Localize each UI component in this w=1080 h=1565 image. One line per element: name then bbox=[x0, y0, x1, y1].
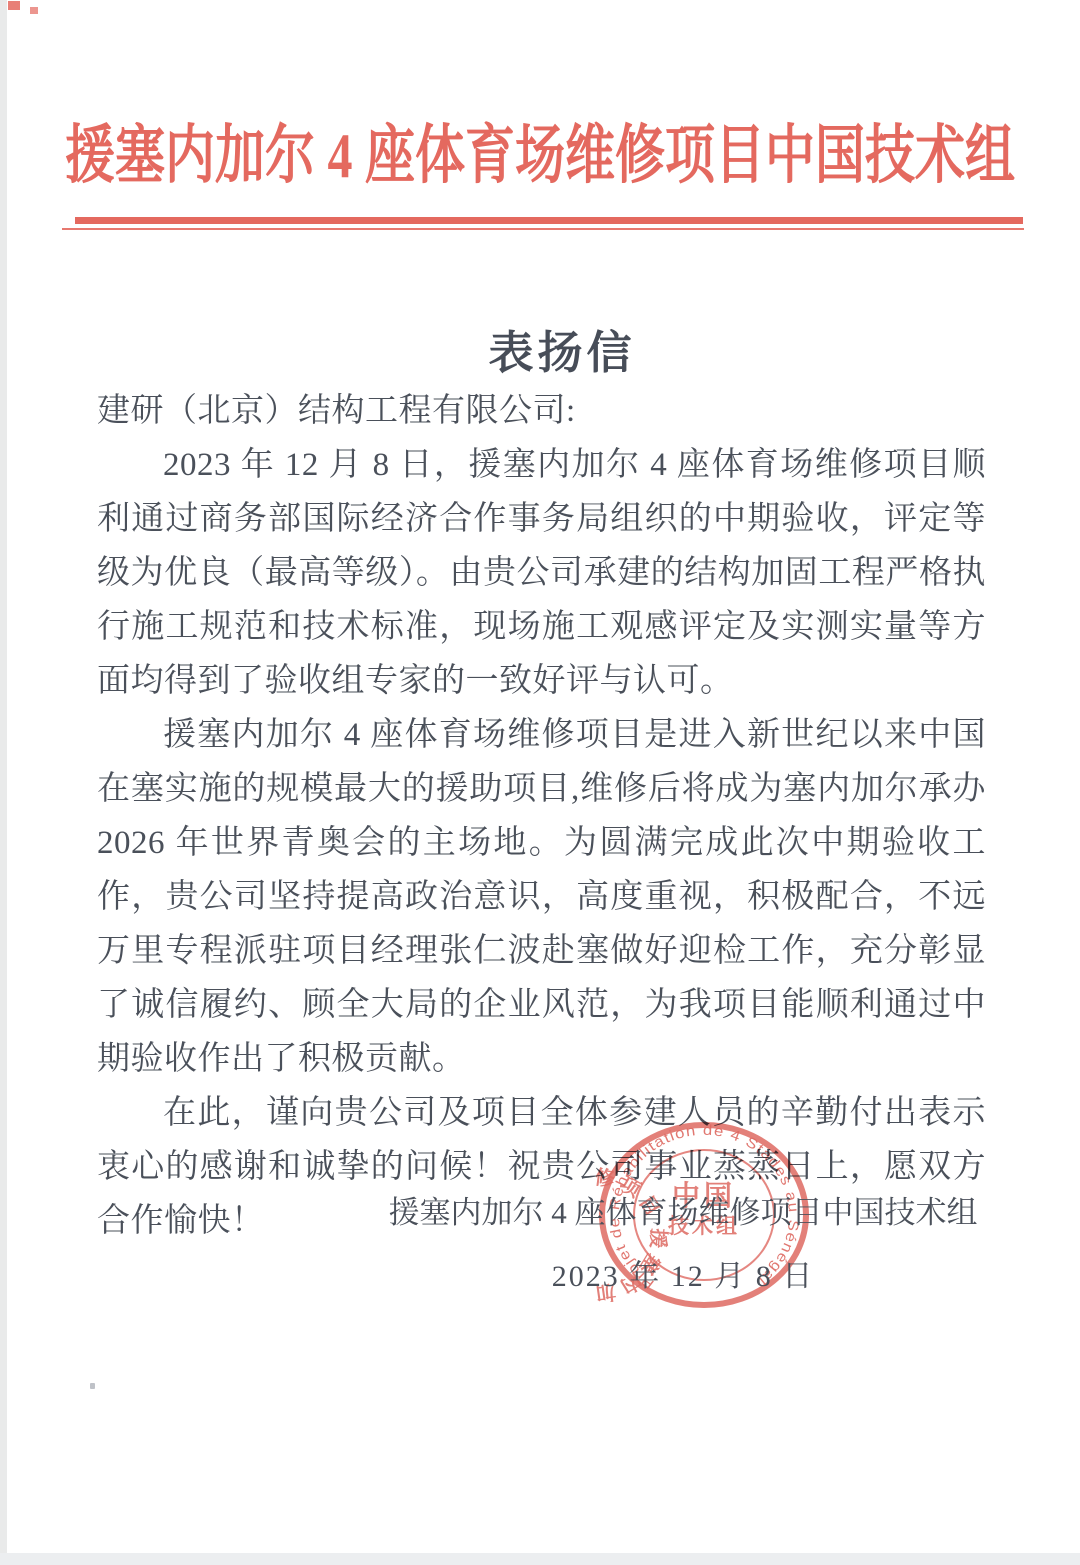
scan-speck bbox=[30, 7, 38, 14]
scan-speck bbox=[8, 1, 20, 10]
paragraphs-container: 2023 年 12 月 8 日，援塞内加尔 4 座体育场维修项目顺利通过商务部国… bbox=[97, 438, 986, 1248]
signature-block: 援塞内加尔 4 座体育场维修项目中国技术组 2023 年 12 月 8 日 bbox=[389, 1186, 978, 1304]
scan-dot bbox=[90, 1383, 95, 1389]
letter-page: 援塞内加尔 4 座体育场维修项目中国技术组 表扬信 建研（北京）结构工程有限公司… bbox=[0, 0, 1080, 1565]
salutation: 建研（北京）结构工程有限公司: bbox=[97, 384, 986, 438]
signature-date: 2023 年 12 月 8 日 bbox=[389, 1250, 978, 1304]
letterhead-rule-thin bbox=[62, 228, 1024, 230]
letter-title: 表扬信 bbox=[0, 316, 1080, 381]
letterhead-rule-thick bbox=[75, 217, 1023, 224]
letterhead-title: 援塞内加尔 4 座体育场维修项目中国技术组 bbox=[0, 104, 1080, 196]
letter-paragraph: 援塞内加尔 4 座体育场维修项目是进入新世纪以来中国在塞实施的规模最大的援助项目… bbox=[97, 708, 986, 1086]
scan-edge-bottom bbox=[0, 1553, 1080, 1565]
scan-edge-left bbox=[0, 0, 7, 1565]
signature-org: 援塞内加尔 4 座体育场维修项目中国技术组 bbox=[389, 1186, 978, 1240]
letter-paragraph: 2023 年 12 月 8 日，援塞内加尔 4 座体育场维修项目顺利通过商务部国… bbox=[97, 438, 986, 708]
letter-body: 建研（北京）结构工程有限公司: 2023 年 12 月 8 日，援塞内加尔 4 … bbox=[97, 384, 986, 1248]
